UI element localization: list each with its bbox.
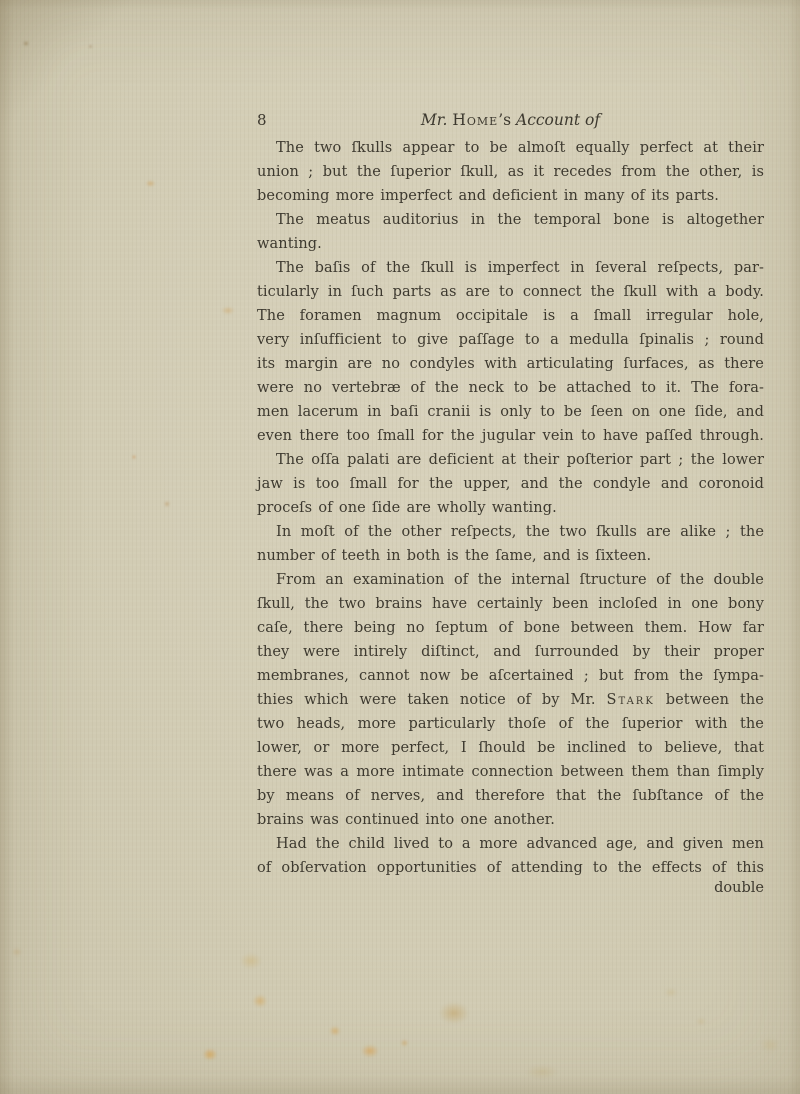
catchword-row: double — [257, 876, 764, 900]
title-segment: Account of — [516, 111, 600, 129]
text-line: number of teeth in both is the ſame, and… — [257, 544, 764, 568]
text-line: were no vertebræ of the neck to be attac… — [257, 376, 764, 400]
stain — [163, 500, 171, 508]
text-line: The baſis of the ſkull is imperfect in ſ… — [257, 256, 764, 280]
text-line: From an examination of the internal ſtru… — [257, 568, 764, 592]
text-line: by means of nerves, and therefore that t… — [257, 784, 764, 808]
stain — [327, 1024, 343, 1038]
text-line: ſkull, the two brains have certainly bee… — [257, 592, 764, 616]
text-line: union ; but the ſuperior ſkull, as it re… — [257, 160, 764, 184]
small-caps-name: Stark — [607, 692, 655, 708]
text-line: lower, or more perfect, I ſhould be incl… — [257, 736, 764, 760]
text-line: ticularly in ſuch parts as are to connec… — [257, 280, 764, 304]
text-line: caſe, there being no ſeptum of bone betw… — [257, 616, 764, 640]
stain — [694, 1016, 708, 1027]
text-line: proceſs of one ſide are wholly wanting. — [257, 496, 764, 520]
stain — [520, 1062, 564, 1082]
text-line: becoming more imperfect and deficient in… — [257, 184, 764, 208]
title-segment: Mr. — [421, 111, 452, 129]
text-line: two heads, more particularly thoſe of th… — [257, 712, 764, 736]
title-segment: ’s — [498, 111, 516, 129]
text-line: men lacerum in baſi cranii is only to be… — [257, 400, 764, 424]
stain — [131, 454, 137, 460]
stain — [358, 1042, 382, 1060]
book-page: 8 Mr. Home’s Account of The two ſkulls a… — [0, 0, 800, 1094]
text-line: The meatus auditorius in the temporal bo… — [257, 208, 764, 232]
text-line: The foramen magnum occipitale is a ſmall… — [257, 304, 764, 328]
text-line: its margin are no condyles with articula… — [257, 352, 764, 376]
title-segment: Home — [452, 111, 498, 129]
stain — [10, 946, 24, 958]
stain — [200, 1046, 220, 1063]
stain — [236, 950, 266, 972]
text-line: membranes, cannot now be aſcertained ; b… — [257, 664, 764, 688]
stain — [662, 986, 680, 999]
catchword: double — [714, 880, 764, 896]
page-header: 8 Mr. Home’s Account of — [257, 110, 764, 134]
text-line: there was a more intimate connection bet… — [257, 760, 764, 784]
stain — [434, 998, 474, 1028]
page-text: The two ſkulls appear to be almoſt equal… — [257, 136, 764, 880]
text-line: thies which were taken notice of by Mr. … — [257, 688, 764, 712]
stain — [250, 992, 270, 1010]
text-line: wanting. — [257, 232, 764, 256]
text-line: they were intirely diſtinct, and ſurroun… — [257, 640, 764, 664]
text-line: even there too ſmall for the jugular vei… — [257, 424, 764, 448]
stain — [219, 305, 237, 316]
text-line: jaw is too ſmall for the upper, and the … — [257, 472, 764, 496]
stain — [399, 1038, 410, 1048]
stain — [22, 40, 30, 47]
stain — [88, 44, 93, 49]
stain — [757, 1035, 783, 1055]
text-line: Had the child lived to a more advanced a… — [257, 832, 764, 856]
stain — [144, 179, 157, 188]
page-number: 8 — [257, 110, 267, 130]
running-title: Mr. Home’s Account of — [421, 110, 600, 130]
text-line: The oſſa palati are deficient at their p… — [257, 448, 764, 472]
text-line: The two ſkulls appear to be almoſt equal… — [257, 136, 764, 160]
text-line: brains was continued into one another. — [257, 808, 764, 832]
text-line: In moſt of the other reſpects, the two ſ… — [257, 520, 764, 544]
text-line: very inſufficient to give paſſage to a m… — [257, 328, 764, 352]
